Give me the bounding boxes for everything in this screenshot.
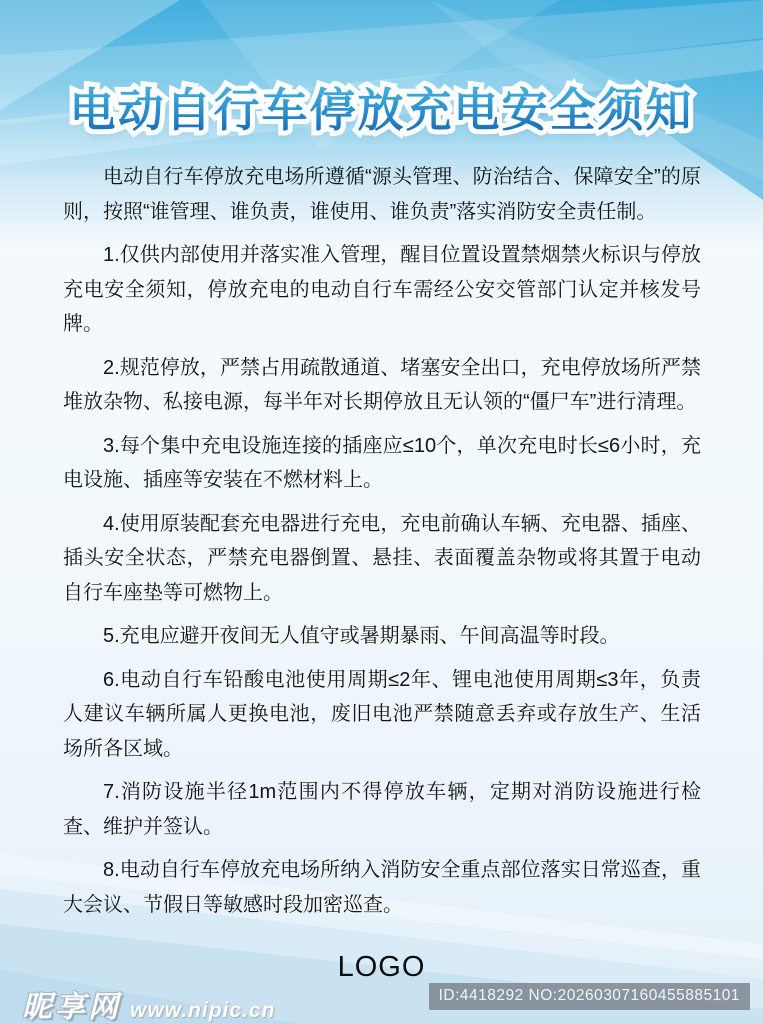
watermark-site-name: 昵享网: [22, 982, 121, 1024]
watermark: 昵享网 www.nipic.cn: [22, 982, 275, 1024]
notice-item-2: 2.规范停放，严禁占用疏散通道、堵塞安全出口，充电停放场所严禁堆放杂物、私接电源…: [63, 351, 701, 420]
notice-item-8: 8.电动自行车停放充电场所纳入消防安全重点部位落实日常巡查，重大会议、节假日等敏…: [63, 853, 701, 922]
watermark-site-url: www.nipic.cn: [130, 999, 275, 1023]
page-title-text: 电动自行车停放充电安全须知: [0, 74, 763, 140]
notice-item-5: 5.充电应避开夜间无人值守或暑期暴雨、午间高温等时段。: [63, 619, 701, 654]
stock-id-badge: ID:4418292 NO:20260307160455885101: [429, 983, 750, 1010]
notice-body: 电动自行车停放充电场所遵循“源头管理、防治结合、保障安全”的原则，按照“谁管理、…: [63, 160, 701, 931]
notice-item-7: 7.消防设施半径1m范围内不得停放车辆，定期对消防设施进行检查、维护并签认。: [63, 775, 701, 844]
notice-item-1: 1.仅供内部使用并落实准入管理，醒目位置设置禁烟禁火标识与停放充电安全须知，停放…: [63, 238, 701, 342]
page-title: 电动自行车停放充电安全须知 电动自行车停放充电安全须知: [0, 74, 763, 144]
notice-item-4: 4.使用原装配套充电器进行充电，充电前确认车辆、充电器、插座、插头安全状态，严禁…: [63, 507, 701, 611]
notice-item-6: 6.电动自行车铅酸电池使用周期≤2年、锂电池使用周期≤3年，负责人建议车辆所属人…: [63, 663, 701, 767]
notice-item-3: 3.每个集中充电设施连接的插座应≤10个，单次充电时长≤6小时，充电设施、插座等…: [63, 429, 701, 498]
notice-intro: 电动自行车停放充电场所遵循“源头管理、防治结合、保障安全”的原则，按照“谁管理、…: [63, 160, 701, 229]
safety-notice-poster: 电动自行车停放充电安全须知 电动自行车停放充电安全须知 电动自行车停放充电场所遵…: [0, 0, 763, 1024]
logo-text: LOGO: [0, 951, 763, 984]
